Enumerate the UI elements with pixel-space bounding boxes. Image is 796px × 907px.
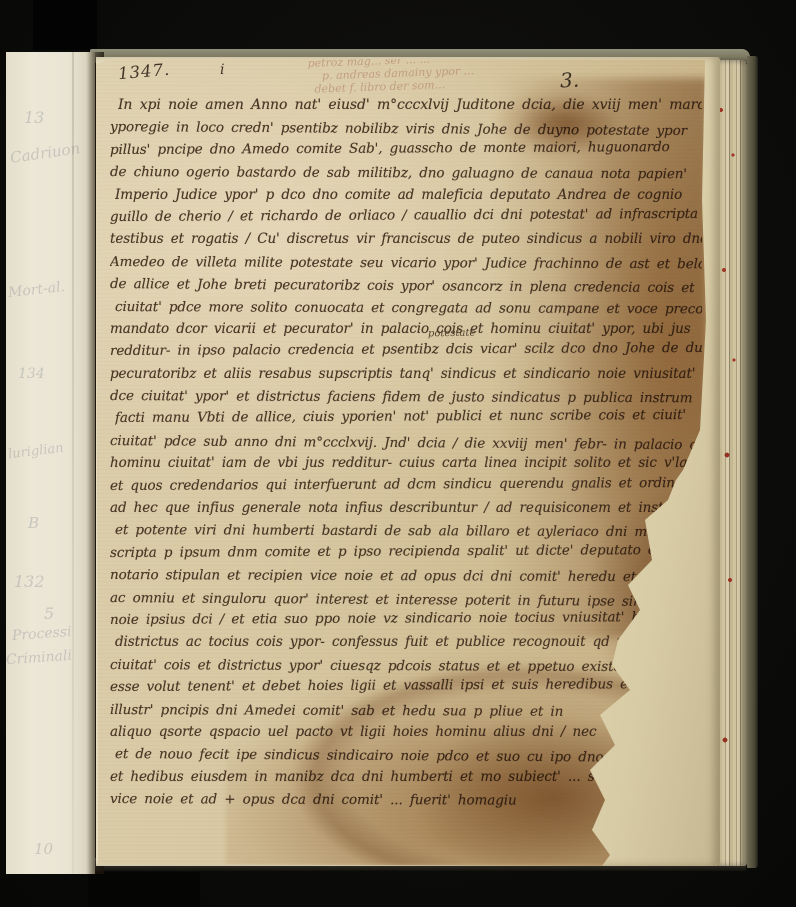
- bleedthrough-text: 132: [14, 572, 45, 591]
- facing-page: 13 Cadriuon Mort-al. 134 luriglian B 132…: [6, 52, 95, 874]
- manuscript-line: ciuitat' pdce sub anno dni m°ccclxvij. J…: [110, 430, 702, 457]
- manuscript-line: facti manu Vbti de allice, ciuis yporien…: [115, 404, 702, 429]
- manuscript-photo: 13 Cadriuon Mort-al. 134 luriglian B 132…: [0, 0, 796, 907]
- book-cover-edge: [747, 56, 758, 868]
- manuscript-line: guillo de cherio / et richardo de orliac…: [110, 203, 702, 228]
- manuscript-line: ciuitat' pdce more solito conuocata et c…: [115, 296, 702, 321]
- folio-number: 3.: [559, 68, 579, 93]
- bleedthrough-text: B: [28, 514, 39, 532]
- manuscript-line: noie ipsius dci / et etia suo ppo noie v…: [110, 606, 702, 631]
- background-strap: [33, 0, 97, 50]
- manuscript-line: de chiuno ogerio bastardo de sab militib…: [110, 161, 702, 186]
- bleedthrough-text: 5: [44, 604, 54, 623]
- manuscript-line: notario stipulan et recipien vice noie e…: [110, 564, 702, 589]
- manuscript-line: testibus et rogatis / Cu' discretus vir …: [110, 228, 702, 250]
- background-shadow: [88, 872, 200, 907]
- bleedthrough-text: Criminali: [6, 648, 72, 669]
- manuscript-line: redditur- in ipso palacio credencia et p…: [110, 337, 702, 362]
- manuscript-lines: In xpi noie amen Anno nat' eiusd' m°cccx…: [110, 94, 702, 811]
- manuscript-line: esse volut tenent' et debet hoies ligii …: [110, 673, 702, 698]
- manuscript-line: pecuratoribz et aliis resabus supscripti…: [110, 363, 702, 385]
- manuscript-line: pillus' pncipe dno Amedo comite Sab', gu…: [110, 136, 702, 161]
- bleedthrough-text: Mort-al.: [7, 279, 65, 301]
- page-crease: [72, 52, 74, 874]
- bleedthrough-text: 13: [24, 108, 44, 127]
- manuscript-line: In xpi noie amen Anno nat' eiusd' m°cccx…: [118, 94, 702, 116]
- margin-mark: i: [220, 62, 224, 78]
- manuscript-line: ad hec que infius generale nota infius d…: [110, 497, 702, 519]
- interlinear-word: potestate: [428, 328, 476, 340]
- manuscript-line: et quos credendarios qui interfuerunt ad…: [110, 472, 702, 497]
- manuscript-line: Amedeo de villeta milite potestate seu v…: [110, 251, 702, 276]
- manuscript-line: districtus ac tocius cois ypor- confessu…: [115, 631, 702, 653]
- bleedthrough-text: 10: [34, 840, 53, 858]
- bleedthrough-text: luriglian: [7, 441, 64, 463]
- bleedthrough-text: Processi: [12, 624, 72, 644]
- manuscript-line: scripta p ipsum dnm comite et p ipso rec…: [110, 539, 702, 564]
- bleedthrough-text: 134: [18, 366, 45, 382]
- bleedthrough-text: Cadriuon: [9, 139, 81, 167]
- year-annotation: 1347.: [117, 60, 171, 83]
